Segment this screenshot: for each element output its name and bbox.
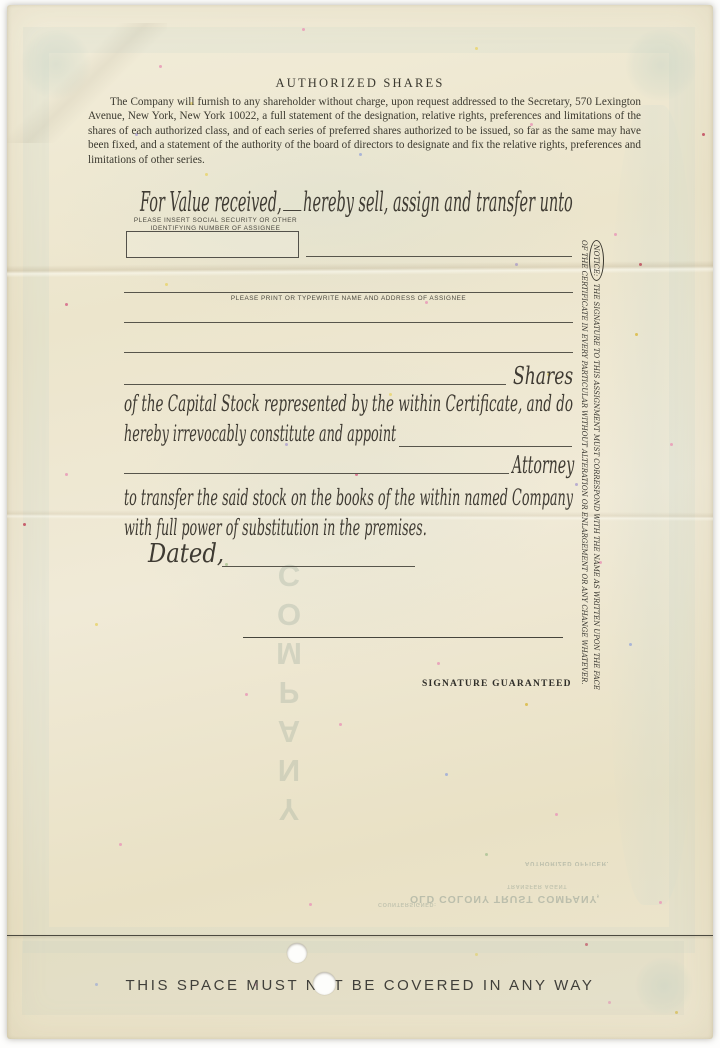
sell-assign-script: hereby sell, assign and transfer unto [303,187,573,218]
attorney-script: Attorney [512,451,574,479]
paper-speckles-red [7,5,10,8]
transfer-script: to transfer the said stock on the books … [124,485,573,511]
scanned-certificate-back: C O M P A N Y AUTHORIZED OFFICER. TRANSF… [0,0,720,1048]
bleedthrough-vertical-letter: N [269,752,309,788]
shares-blank-line [124,384,506,385]
bleedthrough-vertical-letter: P [269,674,309,710]
bleedthrough-transfer-agent: TRANSFER AGENT [507,883,567,889]
date-blank-line [222,566,415,567]
capital-stock-script: of the Capital Stock represented by the … [124,391,573,417]
assignee-name-address-label: PLEASE PRINT OR TYPEWRITE NAME AND ADDRE… [124,295,573,303]
shares-script: Shares [513,362,573,390]
bleedthrough-vertical-letter: A [269,713,309,749]
signature-line [243,637,563,638]
authorized-shares-paragraph: The Company will furnish to any sharehol… [88,95,641,167]
side-notice-line2: OF THE CERTIFICATE IN EVERY PARTICULAR W… [578,240,591,700]
bleedthrough-authorized-officer: AUTHORIZED OFFICER. [525,860,609,866]
ssn-entry-box [126,231,299,258]
side-notice: NOTICE:THE SIGNATURE TO THIS ASSIGNMENT … [578,240,604,700]
bleedthrough-vertical-letter: M [269,635,309,671]
assignee-blank-line [124,352,573,353]
bleedthrough-countersigned: COUNTERSIGNED: [378,901,437,907]
blank-rule-short [283,192,301,211]
ssn-label: PLEASE INSERT SOCIAL SECURITY OR OTHER I… [124,217,307,232]
notice-line1-text: THE SIGNATURE TO THIS ASSIGNMENT MUST CO… [592,284,601,690]
bleedthrough-vertical-letter: C [269,557,309,593]
dated-script: Dated, [148,539,224,569]
space-warning-text: THIS SPACE MUST NOT BE COVERED IN ANY WA… [7,977,713,994]
attorney-blank-line [399,446,572,447]
certificate-paper: C O M P A N Y AUTHORIZED OFFICER. TRANSF… [7,5,713,1039]
side-notice-line1: NOTICE:THE SIGNATURE TO THIS ASSIGNMENT … [591,240,604,700]
notice-oval-badge: NOTICE: [589,240,604,281]
bleedthrough-patch [607,105,699,905]
bleedthrough-vertical-letter: Y [269,791,309,827]
notice-line2-text: OF THE CERTIFICATE IN EVERY PARTICULAR W… [578,240,591,684]
bleedthrough-vertical-letter: O [269,596,309,632]
punch-hole [313,972,336,995]
signature-guaranteed-label: SIGNATURE GUARANTEED [422,679,572,689]
assignee-blank-line [306,256,572,257]
substitution-script: with full power of substitution in the p… [124,515,427,541]
attorney-blank-line [124,473,509,474]
assignee-blank-line [124,292,573,293]
bleedthrough-trust-company: OLD COLONY TRUST COMPANY, [410,893,600,905]
appoint-script: hereby irrevocably constitute and appoin… [124,421,396,447]
ssn-label-line1: PLEASE INSERT SOCIAL SECURITY OR OTHER [124,217,307,225]
value-received-script: For Value received, [140,187,282,218]
section-title: AUTHORIZED SHARES [7,76,713,91]
punch-hole [287,943,307,963]
bottom-separator-rule [7,935,713,936]
assignee-blank-line [124,322,573,323]
value-received-line: For Value received,hereby sell, assign a… [140,187,573,218]
